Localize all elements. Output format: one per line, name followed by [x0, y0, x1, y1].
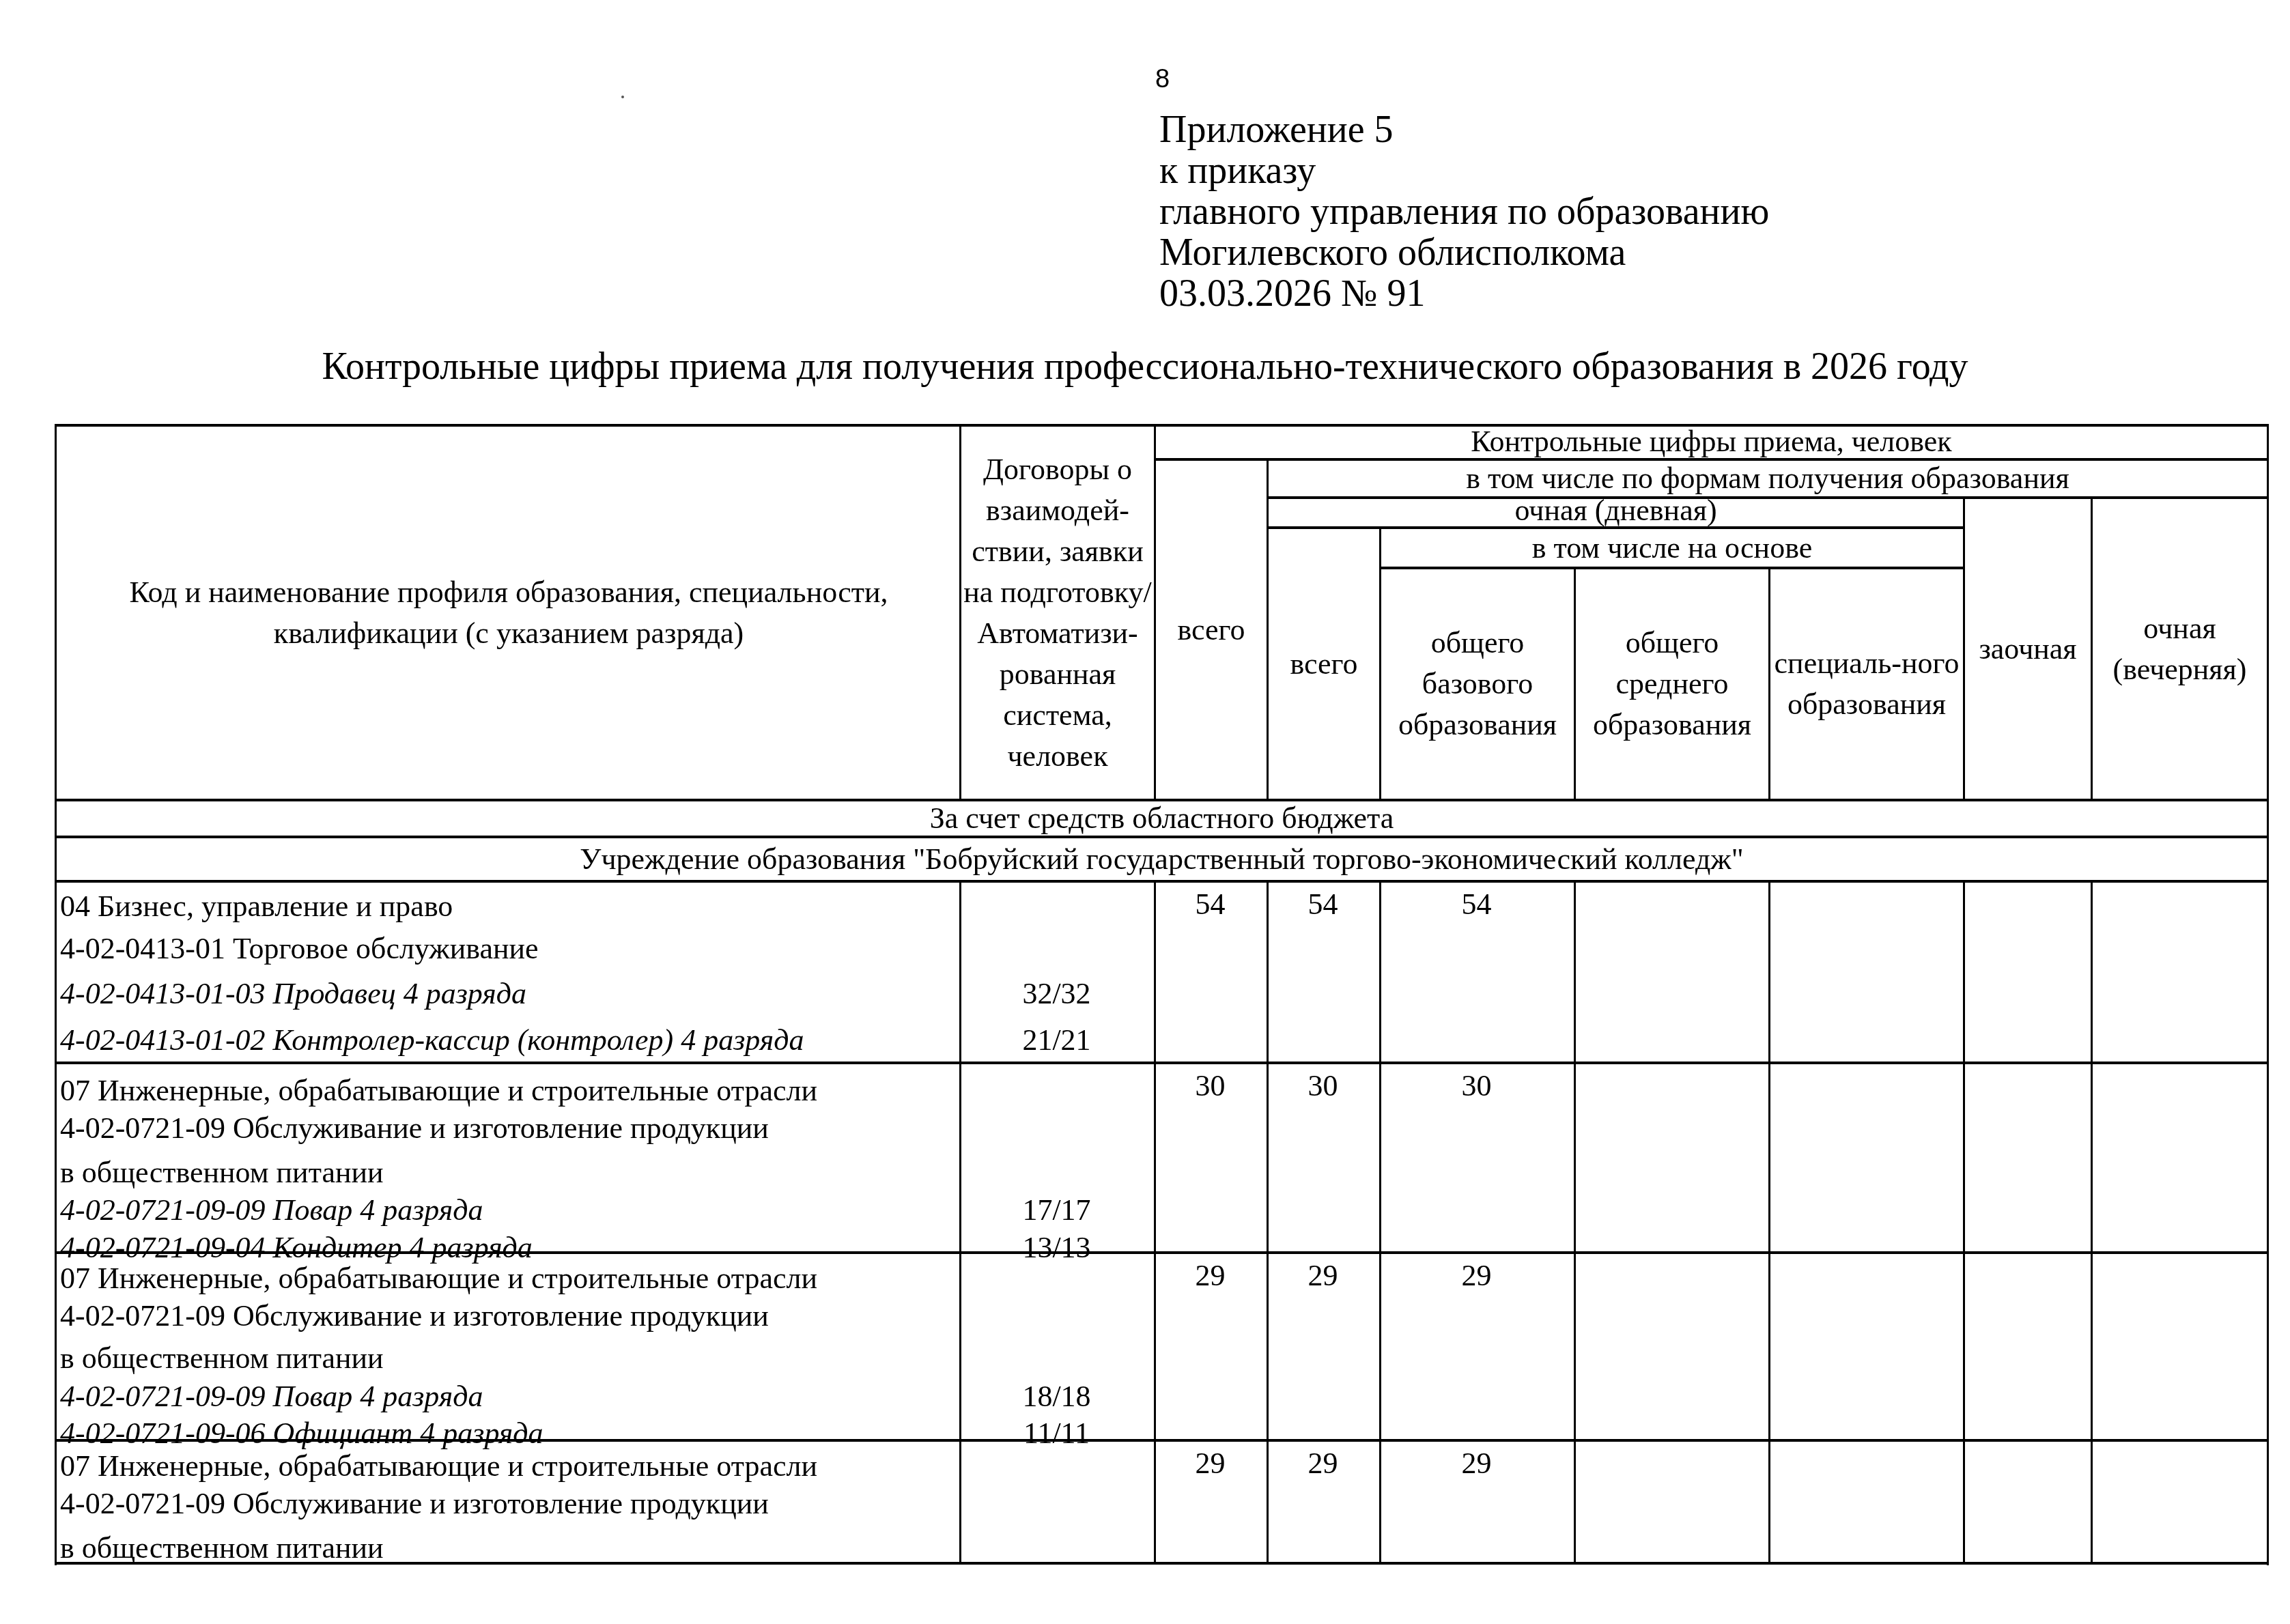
- value-total: 29: [1154, 1255, 1267, 1296]
- value-special: [1768, 1443, 1963, 1484]
- value-day-total: 29: [1267, 1443, 1379, 1484]
- qualification-line: 4-02-0721-09-09 Повар 4 разряда: [60, 1191, 483, 1229]
- page-number: 8: [1155, 65, 1170, 94]
- value-correspondence: [1963, 1066, 2091, 1107]
- value-evening: [2091, 884, 2267, 925]
- header-contracts-column: Договоры о взаимодей-ствии, заявки на по…: [963, 427, 1153, 799]
- value-correspondence: [1963, 884, 2091, 925]
- section-institution: Учреждение образования "Бобруйский госуд…: [57, 838, 2267, 881]
- value-secondary-general: [1574, 1443, 1768, 1484]
- value-day-total: 29: [1267, 1255, 1379, 1296]
- profile-line: 07 Инженерные, обрабатывающие и строител…: [60, 1259, 817, 1298]
- value-secondary-general: [1574, 1066, 1768, 1107]
- profile-line: 4-02-0721-09 Обслуживание и изготовление…: [60, 1485, 769, 1523]
- value-basic-general: 29: [1379, 1443, 1574, 1484]
- header-by-forms: в том числе по формам получения образова…: [1269, 460, 2267, 497]
- value-day-total: 54: [1267, 884, 1379, 925]
- contracts-value: 17/17: [959, 1193, 1154, 1227]
- row-divider: [55, 1562, 2269, 1565]
- value-total: 54: [1154, 884, 1267, 925]
- value-day-total: 30: [1267, 1066, 1379, 1107]
- profile-line: 4-02-0413-01 Торговое обслуживание: [60, 930, 539, 968]
- value-basic-general: 30: [1379, 1066, 1574, 1107]
- value-secondary-general: [1574, 1255, 1768, 1296]
- profile-line: в общественном питании: [60, 1529, 384, 1567]
- qualification-line: 4-02-0413-01-03 Продавец 4 разряда: [60, 975, 526, 1013]
- value-special: [1768, 1066, 1963, 1107]
- value-evening: [2091, 1443, 2267, 1484]
- contracts-value: 11/11: [959, 1416, 1154, 1451]
- contracts-value: 13/13: [959, 1230, 1154, 1265]
- profile-line: в общественном питании: [60, 1154, 384, 1192]
- value-basic-general: 29: [1379, 1255, 1574, 1296]
- scan-speck: [621, 96, 624, 98]
- profile-line: 4-02-0721-09 Обслуживание и изготовление…: [60, 1297, 769, 1335]
- value-correspondence: [1963, 1255, 2091, 1296]
- header-evening: очная (вечерняя): [2093, 499, 2267, 799]
- section-budget: За счет средств областного бюджета: [57, 801, 2267, 836]
- contracts-value: 21/21: [959, 1023, 1154, 1057]
- profile-line: в общественном питании: [60, 1339, 384, 1378]
- value-total: 29: [1154, 1443, 1267, 1484]
- column-divider: [959, 1440, 961, 1563]
- value-special: [1768, 1255, 1963, 1296]
- header-secondary-general: общего среднего образования: [1579, 569, 1765, 799]
- header-day-total: всего: [1269, 529, 1379, 799]
- value-total: 30: [1154, 1066, 1267, 1107]
- annex-line: Приложение 5: [1159, 109, 1769, 150]
- value-basic-general: 54: [1379, 884, 1574, 925]
- value-correspondence: [1963, 1443, 2091, 1484]
- annex-line: 03.03.2026 № 91: [1159, 273, 1769, 314]
- header-correspondence: заочная: [1965, 499, 2091, 799]
- value-secondary-general: [1574, 884, 1768, 925]
- header-on-basis: в том числе на основе: [1381, 529, 1963, 567]
- value-special: [1768, 884, 1963, 925]
- document-title: Контрольные цифры приема для получения п…: [0, 345, 2290, 388]
- header-name-column: Код и наименование профиля образования, …: [68, 427, 949, 799]
- header-control-figures: Контрольные цифры приема, человек: [1156, 425, 2267, 459]
- profile-line: 4-02-0721-09 Обслуживание и изготовление…: [60, 1109, 769, 1148]
- profile-line: 04 Бизнес, управление и право: [60, 887, 453, 926]
- value-evening: [2091, 1066, 2267, 1107]
- annex-line: главного управления по образованию: [1159, 191, 1769, 232]
- header-total: всего: [1156, 461, 1267, 799]
- value-evening: [2091, 1255, 2267, 1296]
- profile-line: 07 Инженерные, обрабатывающие и строител…: [60, 1072, 817, 1110]
- contracts-value: 18/18: [959, 1379, 1154, 1414]
- annex-block: Приложение 5 к приказу главного управлен…: [1159, 109, 1769, 314]
- header-full-time-day: очная (дневная): [1269, 496, 1963, 526]
- profile-line: 07 Инженерные, обрабатывающие и строител…: [60, 1447, 817, 1485]
- header-special: специаль-ного образования: [1774, 569, 1960, 799]
- qualification-line: 4-02-0721-09-09 Повар 4 разряда: [60, 1378, 483, 1416]
- annex-line: Могилевского облисполкома: [1159, 232, 1769, 273]
- header-basic-general: общего базового образования: [1385, 569, 1570, 799]
- contracts-value: 32/32: [959, 976, 1154, 1011]
- qualification-line: 4-02-0413-01-02 Контролер-кассир (контро…: [60, 1021, 804, 1059]
- annex-line: к приказу: [1159, 150, 1769, 191]
- row-divider: [55, 1062, 2269, 1064]
